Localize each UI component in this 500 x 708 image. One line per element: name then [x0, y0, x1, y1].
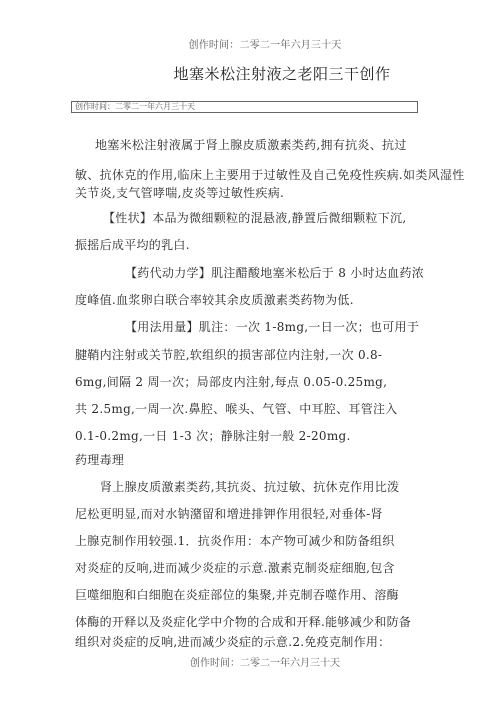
- section-dosage-line: 【用法用量】肌注：一次 1-8mg,一日一次；也可用于: [125, 318, 419, 335]
- paragraph-line: 关节炎,支气管哮喘,皮炎等过敏性疾病.: [75, 184, 284, 201]
- paragraph-line: 肾上腺皮质激素类药,其抗炎、抗过敏、抗休克作用比泼: [100, 478, 399, 495]
- document-title: 地塞米松注射液之老阳三干创作: [0, 63, 500, 84]
- paragraph-line: 体酶的开释以及炎症化学中介物的合成和开释.能够减少和防备: [75, 613, 411, 630]
- section-heading-pharmacology: 药理毒理: [75, 451, 124, 468]
- paragraph-line: 度峰值.血浆卵白联合率较其余皮质激素类药物为低.: [75, 291, 354, 308]
- paragraph-line: 振摇后成平均的乳白.: [75, 236, 190, 253]
- footer-creation-stamp: 创作时间：二零二一年六月三十天: [0, 654, 500, 669]
- paragraph-line: 共 2.5mg,一周一次.鼻腔、喉头、气管、中耳腔、耳管注入: [75, 400, 398, 417]
- document-page: 创作时间：二零二一年六月三十天 地塞米松注射液之老阳三干创作 创作时间：二零二一…: [0, 0, 500, 708]
- boxed-creation-stamp: 创作时间：二零二一年六月三十天: [71, 101, 418, 113]
- paragraph-line: 上腺克制作用较强.1．抗炎作用：本产物可减少和防备组织: [75, 532, 395, 549]
- paragraph-line: 对炎症的反响,进而减少炎症的示意.激素克制炎症细胞,包含: [75, 559, 395, 576]
- paragraph-line: 巨噬细胞和白细胞在炎症部位的集聚,并克制吞噬作用、溶酶: [75, 586, 399, 603]
- section-properties-line: 【性状】本品为微细颗粒的混悬液,静置后微细颗粒下沉,: [103, 209, 406, 226]
- paragraph-line: 腱鞘内注射或关节腔,软组织的损害部位内注射,一次 0.8-: [75, 346, 382, 363]
- paragraph-line: 6mg,间隔 2 周一次；局部皮内注射,每点 0.05-0.25mg,: [75, 373, 387, 390]
- section-pharmacokinetics-line: 【药代动力学】肌注醋酸地塞米松后于 8 小时达血药浓: [125, 264, 424, 281]
- header-creation-stamp: 创作时间：二零二一年六月三十天: [0, 36, 500, 51]
- paragraph-line: 尼松更明显,而对水钠潴留和增进排钾作用很轻,对垂体-肾: [75, 505, 383, 522]
- paragraph-line: 敏、抗休克的作用,临床上主要用于过敏性及自己免疫性疾病.如类风湿性: [75, 166, 465, 183]
- paragraph-line: 0.1-0.2mg,一日 1-3 次；静脉注射一般 2-20mg.: [75, 427, 351, 444]
- paragraph-line: 组织对炎症的反响,进而减少炎症的示意.2.免疫克制作用：: [75, 633, 390, 650]
- paragraph-line: 地塞米松注射液属于肾上腺皮质激素类药,拥有抗炎、抗过: [95, 136, 407, 153]
